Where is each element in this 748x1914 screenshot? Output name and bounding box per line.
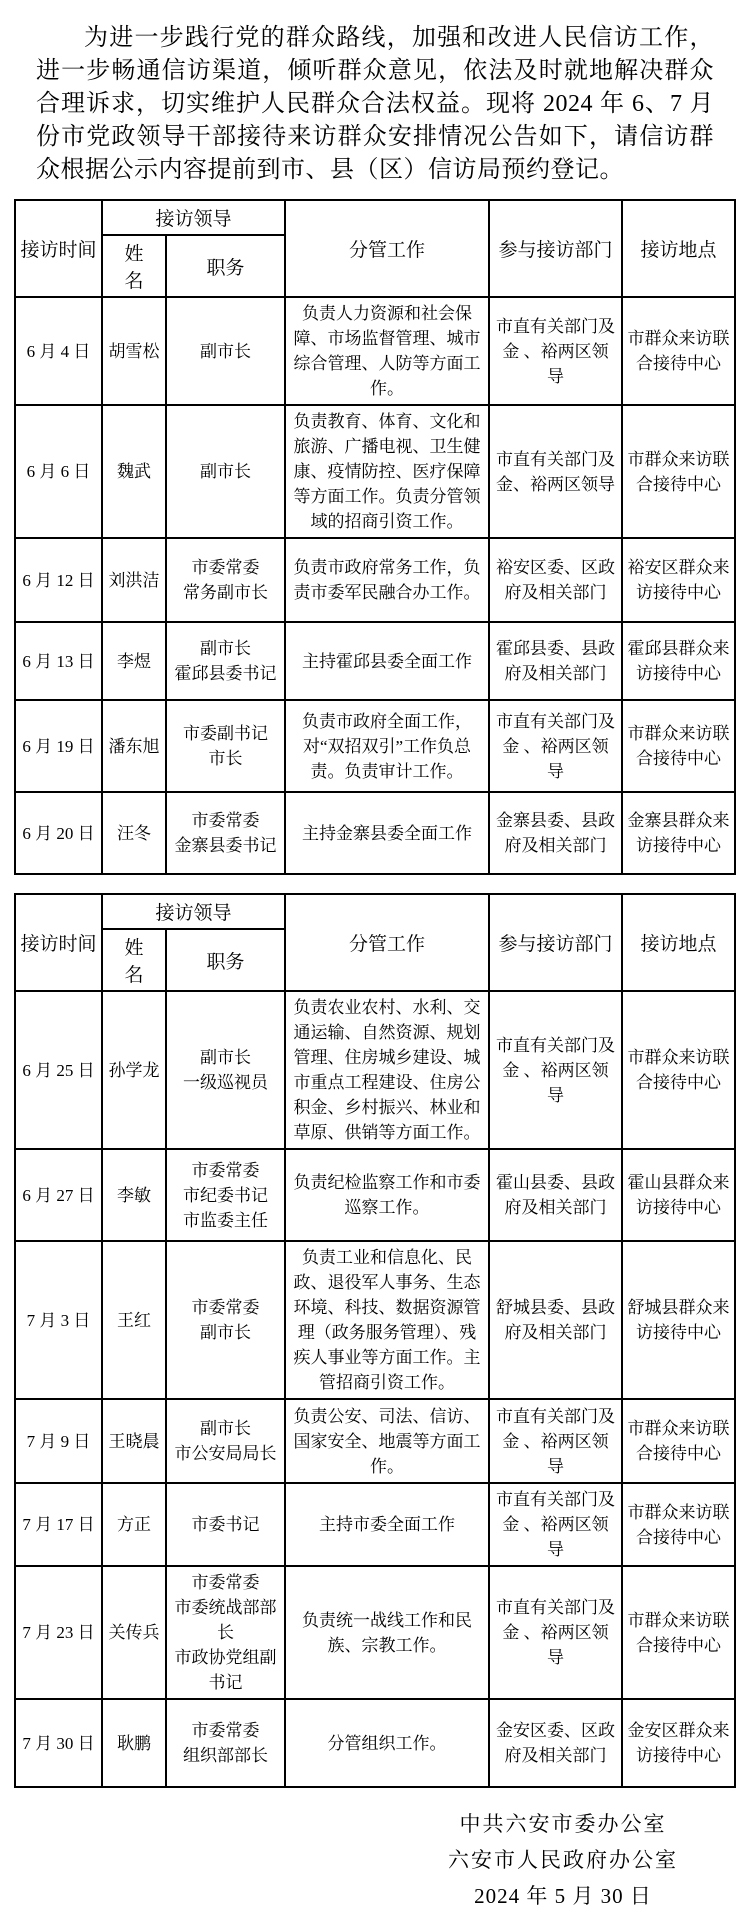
- table-row: 7 月 17 日 方正 市委书记 主持市委全面工作 市直有关部门及金 、裕两区领…: [15, 1483, 735, 1566]
- cell-title: 市委常委 金寨县委书记: [166, 792, 285, 874]
- table-row: 6 月 27 日 李敏 市委常委 市纪委书记 市监委主任 负责纪检监察工作和市委…: [15, 1149, 735, 1241]
- header-work: 分管工作: [285, 894, 489, 991]
- intro-paragraph: 为进一步践行党的群众路线，加强和改进人民信访工作，进一步畅通信访渠道，倾听群众意…: [36, 22, 714, 187]
- header-leader: 接访领导: [102, 894, 285, 929]
- cell-date: 6 月 20 日: [15, 792, 102, 874]
- cell-location: 市群众来访联合接待中心: [622, 1566, 735, 1699]
- cell-location: 市群众来访联合接待中心: [622, 405, 735, 538]
- cell-work: 负责纪检监察工作和市委巡察工作。: [285, 1149, 489, 1241]
- cell-name: 刘洪洁: [102, 538, 166, 622]
- cell-departments: 市直有关部门及金 、裕两区领导: [489, 297, 622, 405]
- cell-departments: 市直有关部门及金 、裕两区领导: [489, 1483, 622, 1566]
- table-row: 6 月 19 日 潘东旭 市委副书记 市长 负责市政府全面工作，对“双招双引”工…: [15, 700, 735, 792]
- table-row: 6 月 12 日 刘洪洁 市委常委 常务副市长 负责市政府常务工作，负责市委军民…: [15, 538, 735, 622]
- header-leader: 接访领导: [102, 200, 285, 235]
- cell-date: 7 月 9 日: [15, 1399, 102, 1483]
- cell-date: 6 月 27 日: [15, 1149, 102, 1241]
- table-row: 7 月 9 日 王晓晨 副市长 市公安局局长 负责公安、司法、信访、国家安全、地…: [15, 1399, 735, 1483]
- signature-office-1: 中共六安市委办公室: [448, 1806, 678, 1842]
- cell-departments: 霍山县委、县政府及相关部门: [489, 1149, 622, 1241]
- header-location: 接访地点: [622, 894, 735, 991]
- cell-work: 负责市政府全面工作，对“双招双引”工作负总责。负责审计工作。: [285, 700, 489, 792]
- page: 为进一步践行党的群众路线，加强和改进人民信访工作，进一步畅通信访渠道，倾听群众意…: [0, 0, 748, 1914]
- cell-departments: 金寨县委、县政府及相关部门: [489, 792, 622, 874]
- cell-work: 负责市政府常务工作，负责市委军民融合办工作。: [285, 538, 489, 622]
- cell-title: 市委常委 市委统战部部长 市政协党组副书记: [166, 1566, 285, 1699]
- cell-location: 市群众来访联合接待中心: [622, 991, 735, 1149]
- cell-title: 副市长 一级巡视员: [166, 991, 285, 1149]
- header-time: 接访时间: [15, 200, 102, 297]
- cell-title: 副市长: [166, 405, 285, 538]
- cell-date: 6 月 12 日: [15, 538, 102, 622]
- cell-departments: 市直有关部门及金 、裕两区领导: [489, 700, 622, 792]
- cell-work: 主持金寨县委全面工作: [285, 792, 489, 874]
- cell-name: 李敏: [102, 1149, 166, 1241]
- cell-work: 负责统一战线工作和民族、宗教工作。: [285, 1566, 489, 1699]
- cell-date: 6 月 6 日: [15, 405, 102, 538]
- header-title: 职务: [166, 929, 285, 991]
- header-work: 分管工作: [285, 200, 489, 297]
- cell-date: 6 月 25 日: [15, 991, 102, 1149]
- cell-date: 6 月 4 日: [15, 297, 102, 405]
- cell-location: 市群众来访联合接待中心: [622, 1483, 735, 1566]
- header-location: 接访地点: [622, 200, 735, 297]
- table-row: 7 月 3 日 王红 市委常委 副市长 负责工业和信息化、民政、退役军人事务、生…: [15, 1241, 735, 1399]
- cell-name: 李煜: [102, 622, 166, 700]
- reception-table-july: 接访时间 接访领导 分管工作 参与接访部门 接访地点 姓 名 职务 6 月 25…: [14, 893, 736, 1788]
- cell-date: 6 月 19 日: [15, 700, 102, 792]
- cell-name: 胡雪松: [102, 297, 166, 405]
- cell-name: 潘东旭: [102, 700, 166, 792]
- cell-title: 市委常委 副市长: [166, 1241, 285, 1399]
- cell-work: 负责公安、司法、信访、国家安全、地震等方面工作。: [285, 1399, 489, 1483]
- table-row: 6 月 4 日 胡雪松 副市长 负责人力资源和社会保障、市场监督管理、城市综合管…: [15, 297, 735, 405]
- cell-work: 主持霍邱县委全面工作: [285, 622, 489, 700]
- cell-departments: 金安区委、区政府及相关部门: [489, 1699, 622, 1787]
- header-name: 姓 名: [102, 235, 166, 297]
- cell-title: 市委常委 市纪委书记 市监委主任: [166, 1149, 285, 1241]
- cell-date: 6 月 13 日: [15, 622, 102, 700]
- cell-departments: 市直有关部门及金 、裕两区领导: [489, 1399, 622, 1483]
- cell-work: 分管组织工作。: [285, 1699, 489, 1787]
- announcement-document: { "intro": "为进一步践行党的群众路线，加强和改进人民信访工作，进一步…: [0, 0, 748, 1914]
- signature-date: 2024 年 5 月 30 日: [448, 1878, 678, 1914]
- cell-name: 王红: [102, 1241, 166, 1399]
- cell-work: 负责人力资源和社会保障、市场监督管理、城市综合管理、人防等方面工作。: [285, 297, 489, 405]
- cell-departments: 舒城县委、县政府及相关部门: [489, 1241, 622, 1399]
- signature-office-2: 六安市人民政府办公室: [448, 1842, 678, 1878]
- cell-name: 汪冬: [102, 792, 166, 874]
- table-row: 6 月 25 日 孙学龙 副市长 一级巡视员 负责农业农村、水利、交通运输、自然…: [15, 991, 735, 1149]
- header-departments: 参与接访部门: [489, 894, 622, 991]
- cell-location: 金安区群众来访接待中心: [622, 1699, 735, 1787]
- header-departments: 参与接访部门: [489, 200, 622, 297]
- reception-table-june: 接访时间 接访领导 分管工作 参与接访部门 接访地点 姓 名 职务 6 月 4 …: [14, 199, 736, 875]
- header-name: 姓 名: [102, 929, 166, 991]
- cell-title: 市委常委 组织部部长: [166, 1699, 285, 1787]
- cell-title: 副市长 市公安局局长: [166, 1399, 285, 1483]
- table-row: 7 月 23 日 关传兵 市委常委 市委统战部部长 市政协党组副书记 负责统一战…: [15, 1566, 735, 1699]
- cell-title: 市委副书记 市长: [166, 700, 285, 792]
- cell-name: 关传兵: [102, 1566, 166, 1699]
- header-time: 接访时间: [15, 894, 102, 991]
- cell-name: 孙学龙: [102, 991, 166, 1149]
- cell-departments: 裕安区委、区政府及相关部门: [489, 538, 622, 622]
- cell-location: 霍邱县群众来访接待中心: [622, 622, 735, 700]
- cell-title: 副市长 霍邱县委书记: [166, 622, 285, 700]
- cell-location: 市群众来访联合接待中心: [622, 297, 735, 405]
- cell-name: 耿鹏: [102, 1699, 166, 1787]
- cell-departments: 市直有关部门及金、裕两区领导: [489, 405, 622, 538]
- cell-location: 金寨县群众来访接待中心: [622, 792, 735, 874]
- cell-departments: 市直有关部门及金 、裕两区领导: [489, 991, 622, 1149]
- cell-name: 魏武: [102, 405, 166, 538]
- cell-location: 裕安区群众来访接待中心: [622, 538, 735, 622]
- table-row: 6 月 13 日 李煜 副市长 霍邱县委书记 主持霍邱县委全面工作 霍邱县委、县…: [15, 622, 735, 700]
- cell-work: 负责工业和信息化、民政、退役军人事务、生态环境、科技、数据资源管理（政务服务管理…: [285, 1241, 489, 1399]
- cell-departments: 霍邱县委、县政府及相关部门: [489, 622, 622, 700]
- signature-block: 中共六安市委办公室 六安市人民政府办公室 2024 年 5 月 30 日: [448, 1806, 678, 1914]
- cell-date: 7 月 17 日: [15, 1483, 102, 1566]
- cell-work: 负责教育、体育、文化和旅游、广播电视、卫生健康、疫情防控、医疗保障等方面工作。负…: [285, 405, 489, 538]
- cell-date: 7 月 30 日: [15, 1699, 102, 1787]
- cell-title: 市委书记: [166, 1483, 285, 1566]
- header-title: 职务: [166, 235, 285, 297]
- cell-name: 方正: [102, 1483, 166, 1566]
- cell-name: 王晓晨: [102, 1399, 166, 1483]
- cell-title: 副市长: [166, 297, 285, 405]
- cell-work: 负责农业农村、水利、交通运输、自然资源、规划管理、住房城乡建设、城市重点工程建设…: [285, 991, 489, 1149]
- cell-location: 市群众来访联合接待中心: [622, 700, 735, 792]
- cell-departments: 市直有关部门及金 、裕两区领导: [489, 1566, 622, 1699]
- cell-location: 舒城县群众来访接待中心: [622, 1241, 735, 1399]
- cell-location: 霍山县群众来访接待中心: [622, 1149, 735, 1241]
- cell-location: 市群众来访联合接待中心: [622, 1399, 735, 1483]
- cell-work: 主持市委全面工作: [285, 1483, 489, 1566]
- cell-date: 7 月 3 日: [15, 1241, 102, 1399]
- table-row: 6 月 6 日 魏武 副市长 负责教育、体育、文化和旅游、广播电视、卫生健康、疫…: [15, 405, 735, 538]
- table-row: 7 月 30 日 耿鹏 市委常委 组织部部长 分管组织工作。 金安区委、区政府及…: [15, 1699, 735, 1787]
- table-row: 6 月 20 日 汪冬 市委常委 金寨县委书记 主持金寨县委全面工作 金寨县委、…: [15, 792, 735, 874]
- cell-title: 市委常委 常务副市长: [166, 538, 285, 622]
- cell-date: 7 月 23 日: [15, 1566, 102, 1699]
